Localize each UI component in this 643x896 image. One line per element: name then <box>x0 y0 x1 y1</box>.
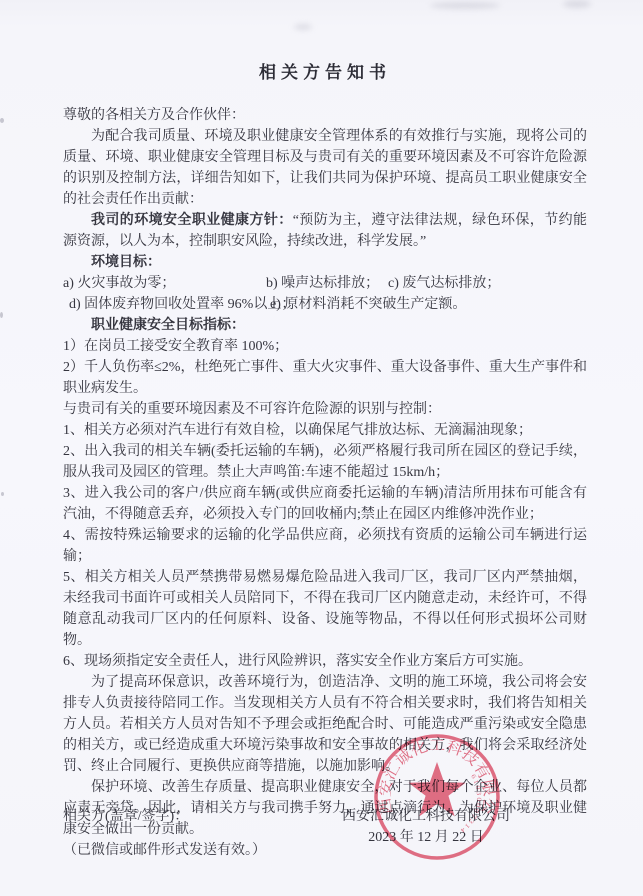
control-item: 2、出入我司的相关车辆(委托运输的车辆)，必须严格履行我司所在园区的登记手续，服… <box>63 441 587 483</box>
control-item: 5、相关方相关人员严禁携带易燃易爆危险品进入我司厂区，我司厂区内严禁抽烟，未经我… <box>63 567 587 651</box>
scan-smudge <box>430 2 500 9</box>
document-page: 相关方告知书 尊敬的各相关方及合作伙伴： 为配合我司质量、环境及职业健康安全管理… <box>0 0 643 896</box>
env-goal-c: c) 废气达标排放； <box>388 273 500 294</box>
scan-speck <box>0 312 3 318</box>
control-item: 3、进入我公司的客户/供应商车辆(或供应商委托运输的车辆)清洁所用抹布可能含有汽… <box>63 483 587 525</box>
control-heading: 与贵司有关的重要环境因素及不可容许危险源的识别与控制： <box>63 399 587 420</box>
env-goal-b: b) 噪声达标排放； <box>266 273 379 294</box>
control-item: 4、需按特殊运输要求的运输的化学品供应商，必须找有资质的运输公司车辆进行运输； <box>63 525 587 567</box>
control-item: 1、相关方必须对汽车进行有效自检，以确保尾气排放达标、无滴漏油现象； <box>63 420 587 441</box>
signature-label: 相关方(盖章/签字)： <box>63 806 188 827</box>
ohs-item: 2）千人负伤率≤2%，杜绝死亡事件、重大火灾事件、重大设备事件、重大生产事件和职… <box>63 357 587 399</box>
scan-speck <box>0 118 4 123</box>
env-goals-row-1: a) 火灾事故为零； b) 噪声达标排放； c) 废气达标排放； <box>63 273 587 294</box>
scan-smudge <box>294 24 312 30</box>
intro-paragraph: 为配合我司质量、环境及职业健康安全管理体系的有效推行与实施，现将公司的质量、环境… <box>63 126 587 210</box>
env-goals-row-2: d) 固体废弃物回收处置率 96%以上； e) 原材料消耗不突破生产定额。 <box>63 294 587 315</box>
env-goal-a: a) 火灾事故为零； <box>63 276 175 291</box>
salutation: 尊敬的各相关方及合作伙伴： <box>63 105 587 126</box>
policy-label: 我司的环境安全职业健康方针： <box>91 213 293 228</box>
stamp-star-icon <box>409 762 466 816</box>
doc-title: 相关方告知书 <box>63 58 587 83</box>
scan-speck <box>1 492 4 496</box>
control-item: 6、现场须指定安全责任人，进行风险辨识，落实安全作业方案后方可实施。 <box>63 651 587 672</box>
company-stamp: 西安汇诚化工科技有限公司 61030007314 <box>352 712 522 882</box>
policy-paragraph: 我司的环境安全职业健康方针：“预防为主，遵守法律法规，绿色环保，节约能源资源，以… <box>63 210 587 252</box>
ohs-heading: 职业健康安全目标指标： <box>63 315 587 336</box>
stamp-serial: 61030007314 <box>458 773 482 834</box>
env-goal-e: e) 原材料消耗不突破生产定额。 <box>270 294 466 315</box>
env-goal-d: d) 固体废弃物回收处置率 96%以上； <box>63 297 295 312</box>
ohs-item: 1）在岗员工接受安全教育率 100%； <box>63 336 587 357</box>
env-goals-heading: 环境目标： <box>63 252 587 273</box>
scan-smudge <box>563 0 591 8</box>
